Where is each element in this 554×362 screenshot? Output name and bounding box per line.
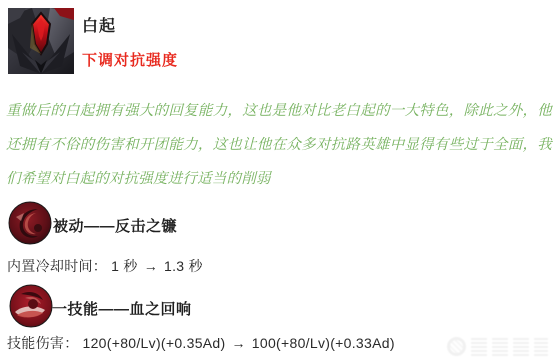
blood-echo-icon [9, 284, 53, 328]
watermark-glyph [492, 337, 508, 356]
damage-before: 120(+80/Lv)(+0.35Ad) [83, 335, 226, 351]
site-watermark [447, 337, 548, 356]
nerf-label: 下调对抗强度 [82, 49, 178, 70]
hero-avatar-baiqi [8, 8, 74, 74]
arrow-glyph: → [144, 258, 158, 274]
cooldown-before: 1 秒 [111, 258, 138, 274]
damage-label: 技能伤害： [7, 335, 79, 351]
skill-title-passive: 被动——反击之镰 [53, 215, 177, 236]
watermark-glyph [534, 337, 548, 356]
arrow-glyph: → [231, 335, 245, 351]
skill-title-one: 一技能——血之回响 [52, 298, 192, 319]
cooldown-label: 内置冷却时间： [7, 258, 107, 274]
patch-note-page: 白起 下调对抗强度 重做后的白起拥有强大的回复能力，这也是他对比老白起的一大特色… [0, 0, 554, 362]
watermark-logo-icon [447, 337, 466, 356]
watermark-glyph [513, 337, 529, 356]
hero-name: 白起 [82, 13, 116, 36]
cooldown-change-line: 内置冷却时间：1 秒→1.3 秒 [7, 256, 203, 276]
damage-change-line: 技能伤害：120(+80/Lv)(+0.35Ad)→100(+80/Lv)(+0… [7, 333, 395, 353]
designer-note: 重做后的白起拥有强大的回复能力，这也是他对比老白起的一大特色，除此之外，他还拥有… [6, 94, 552, 196]
damage-after: 100(+80/Lv)(+0.33Ad) [252, 335, 395, 351]
watermark-glyph [471, 337, 487, 356]
cooldown-after: 1.3 秒 [164, 258, 203, 274]
counter-sickle-icon [8, 201, 52, 245]
